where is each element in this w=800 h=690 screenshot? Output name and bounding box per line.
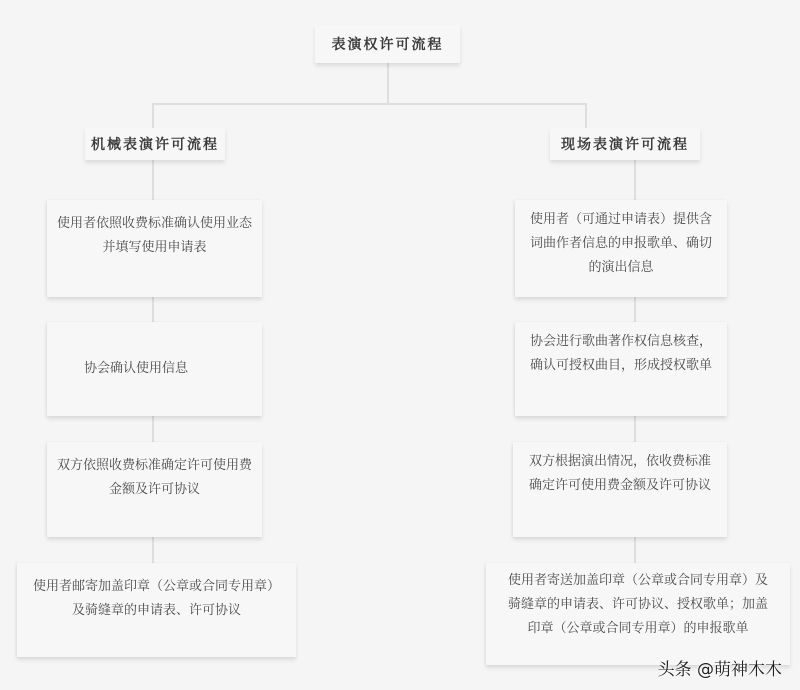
right-step-1-text: 使用者（可通过申请表）提供含词曲作者信息的申报歌单、确切的演出信息 <box>525 208 717 280</box>
left-step-3: 双方依照收费标准确定许可使用费金额及许可协议 <box>47 442 262 537</box>
connector-left-drop <box>152 103 154 128</box>
connector-left-2 <box>152 297 154 322</box>
watermark: 头条 @萌神木木 <box>658 655 782 680</box>
connector-right-1 <box>634 160 636 200</box>
left-branch-title: 机械表演许可流程 <box>91 134 219 154</box>
right-step-2: 协会进行歌曲著作权信息核查，确认可授权曲目，形成授权歌单 <box>515 322 727 416</box>
right-step-2-text: 协会进行歌曲著作权信息核查，确认可授权曲目，形成授权歌单 <box>525 330 717 378</box>
right-step-3-text: 双方根据演出情况，依收费标准确定许可使用费金额及许可协议 <box>523 450 717 498</box>
right-step-4: 使用者寄送加盖印章（公章或合同专用章）及骑缝章的申请表、许可协议、授权歌单；加盖… <box>486 563 790 665</box>
connector-left-1 <box>152 160 154 200</box>
root-title: 表演权许可流程 <box>332 34 444 54</box>
left-step-2-text: 协会确认使用信息 <box>84 357 188 381</box>
left-step-4-text: 使用者邮寄加盖印章（公章或合同专用章）及骑缝章的申请表、许可协议 <box>31 575 282 623</box>
right-branch-header: 现场表演许可流程 <box>550 128 700 160</box>
left-step-1-text: 使用者依照收费标准确认使用业态并填写使用申请表 <box>57 212 252 260</box>
connector-left-3 <box>152 416 154 442</box>
connector-right-2 <box>634 297 636 322</box>
connector-right-drop <box>585 103 587 128</box>
right-step-1: 使用者（可通过申请表）提供含词曲作者信息的申报歌单、确切的演出信息 <box>515 200 727 297</box>
left-step-3-text: 双方依照收费标准确定许可使用费金额及许可协议 <box>57 454 252 502</box>
connector-root-stem <box>387 63 389 105</box>
right-branch-title: 现场表演许可流程 <box>561 134 689 154</box>
right-step-4-text: 使用者寄送加盖印章（公章或合同专用章）及骑缝章的申请表、许可协议、授权歌单；加盖… <box>504 569 772 641</box>
connector-right-3 <box>634 416 636 442</box>
root-node: 表演权许可流程 <box>315 25 460 63</box>
right-step-3: 双方根据演出情况，依收费标准确定许可使用费金额及许可协议 <box>513 442 727 537</box>
left-branch-header: 机械表演许可流程 <box>85 128 225 160</box>
connector-left-4 <box>152 537 154 563</box>
left-step-1: 使用者依照收费标准确认使用业态并填写使用申请表 <box>47 200 262 297</box>
connector-horizontal <box>152 103 587 105</box>
left-step-2: 协会确认使用信息 <box>47 322 262 416</box>
left-step-4: 使用者邮寄加盖印章（公章或合同专用章）及骑缝章的申请表、许可协议 <box>17 563 296 657</box>
connector-right-4 <box>634 537 636 563</box>
